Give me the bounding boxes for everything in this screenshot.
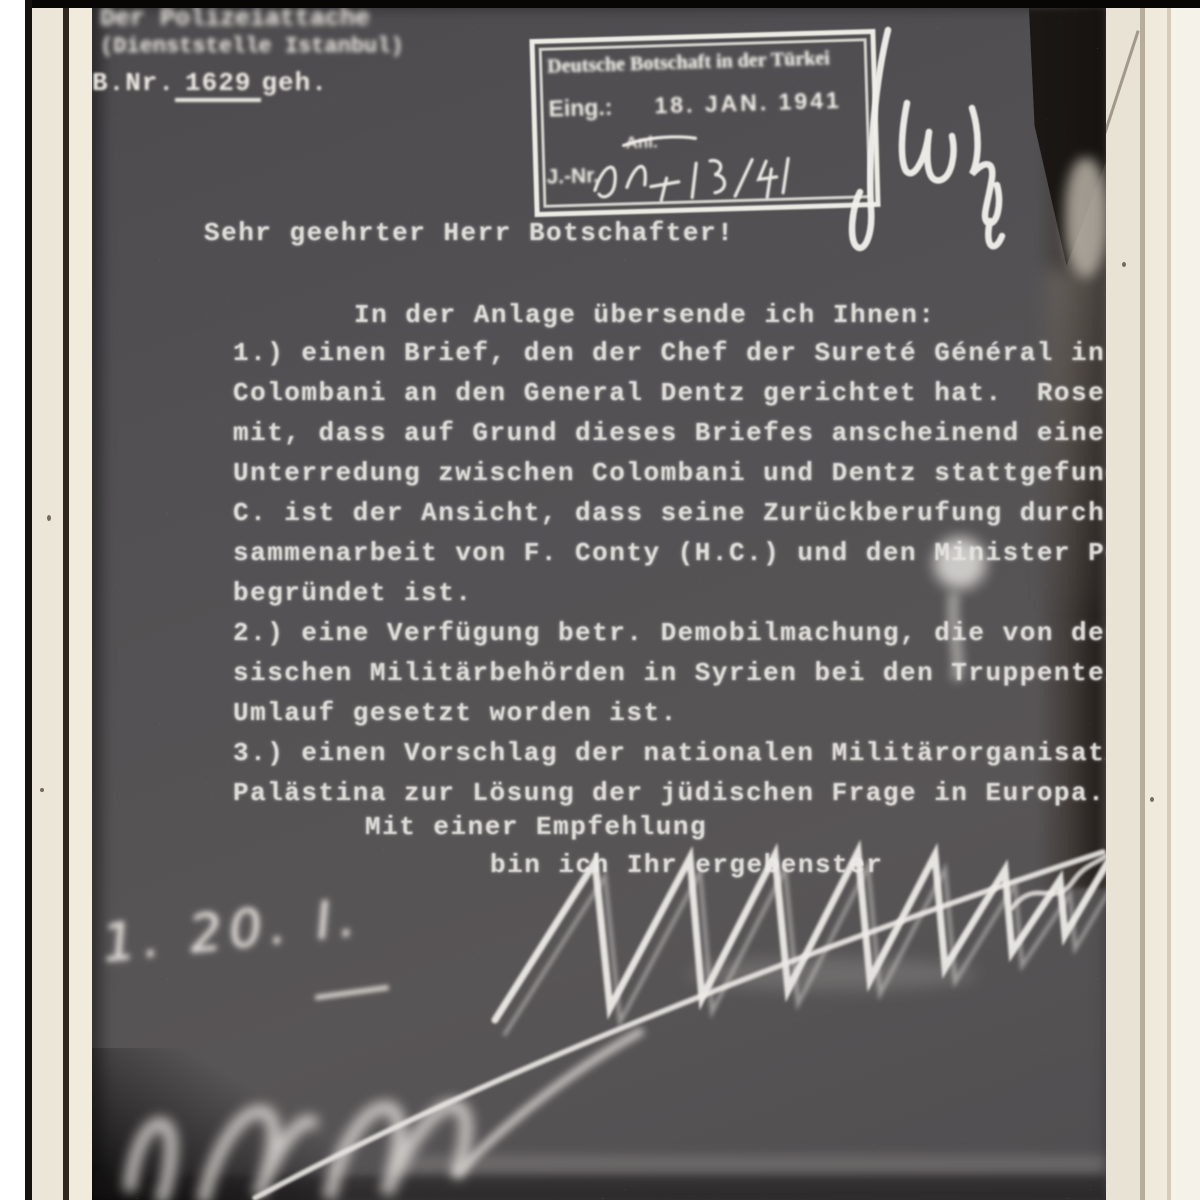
photo-edge-highlight (1065, 158, 1106, 278)
dust-speck (40, 788, 44, 792)
body-line: 2.) eine Verfügung betr. Demobilmachung,… (233, 618, 1106, 648)
photo-bottom-shadow (92, 1176, 1106, 1200)
letterhead-file-number: B.Nr.1629geh. (92, 68, 328, 98)
left-mat-strip (32, 8, 63, 1200)
note-underline (315, 985, 389, 1000)
file-number-prefix: B.Nr. (92, 68, 175, 98)
file-number-value: 1629 (175, 68, 261, 102)
dust-speck (1150, 797, 1154, 802)
body-line: sischen Militärbehörden in Syrien bei de… (233, 658, 1106, 688)
dust-speck (47, 515, 51, 521)
body-line: Palästina zur Lösung der jüdischen Frage… (233, 778, 1105, 808)
signature-scrawl-icon (255, 852, 1106, 1198)
closing-line-2: bin ich Ihr ergebenster (490, 850, 883, 880)
stamp-handwriting-icon (535, 34, 876, 212)
embassy-receipt-stamp: Deutsche Botschaft in der Türkei Eing.: … (529, 29, 880, 217)
right-outer-strip (1171, 8, 1200, 1200)
framed-document-photo: Der Polizeiattache (Dienststelle Istanbu… (0, 0, 1200, 1200)
intro-line: In der Anlage übersende ich Ihnen: (354, 300, 936, 330)
right-mat-strip (1106, 8, 1140, 1200)
body-line: begründet ist. (233, 578, 472, 608)
dust-speck (1122, 262, 1126, 267)
left-mat-inner-strip (69, 8, 92, 1200)
handwritten-date-note: 1. 20. I. (100, 888, 365, 975)
closing-line-1: Mit einer Empfehlung (365, 812, 707, 842)
letterhead-line-1: Der Polizeiattache (100, 8, 370, 33)
right-mat-inner-strip (1145, 8, 1167, 1200)
frame-left-line (25, 0, 32, 1200)
body-line: Colombani an den General Dentz gerichtet… (233, 378, 1106, 408)
body-line: mit, dass auf Grund dieses Briefes ansch… (233, 418, 1106, 448)
photo-bottom-light-band (392, 1156, 1106, 1171)
body-line: sammenarbeit von F. Conty (H.C.) und den… (233, 538, 1106, 568)
body-line: C. ist der Ansicht, dass seine Zurückber… (233, 498, 1106, 528)
document-photo-area: Der Polizeiattache (Dienststelle Istanbu… (92, 8, 1106, 1200)
body-line: Umlauf gesetzt worden ist. (233, 698, 678, 728)
body-line: 3.) einen Vorschlag der nationalen Milit… (233, 738, 1106, 768)
file-number-suffix: geh. (261, 68, 327, 98)
salutation-line: Sehr geehrter Herr Botschafter! (204, 218, 734, 248)
body-line: 1.) einen Brief, den der Chef der Sureté… (233, 338, 1106, 368)
body-line: Unterredung zwischen Colombani und Dentz… (233, 458, 1106, 488)
letterhead-line-2: (Dienststelle Istanbul) (100, 34, 404, 59)
